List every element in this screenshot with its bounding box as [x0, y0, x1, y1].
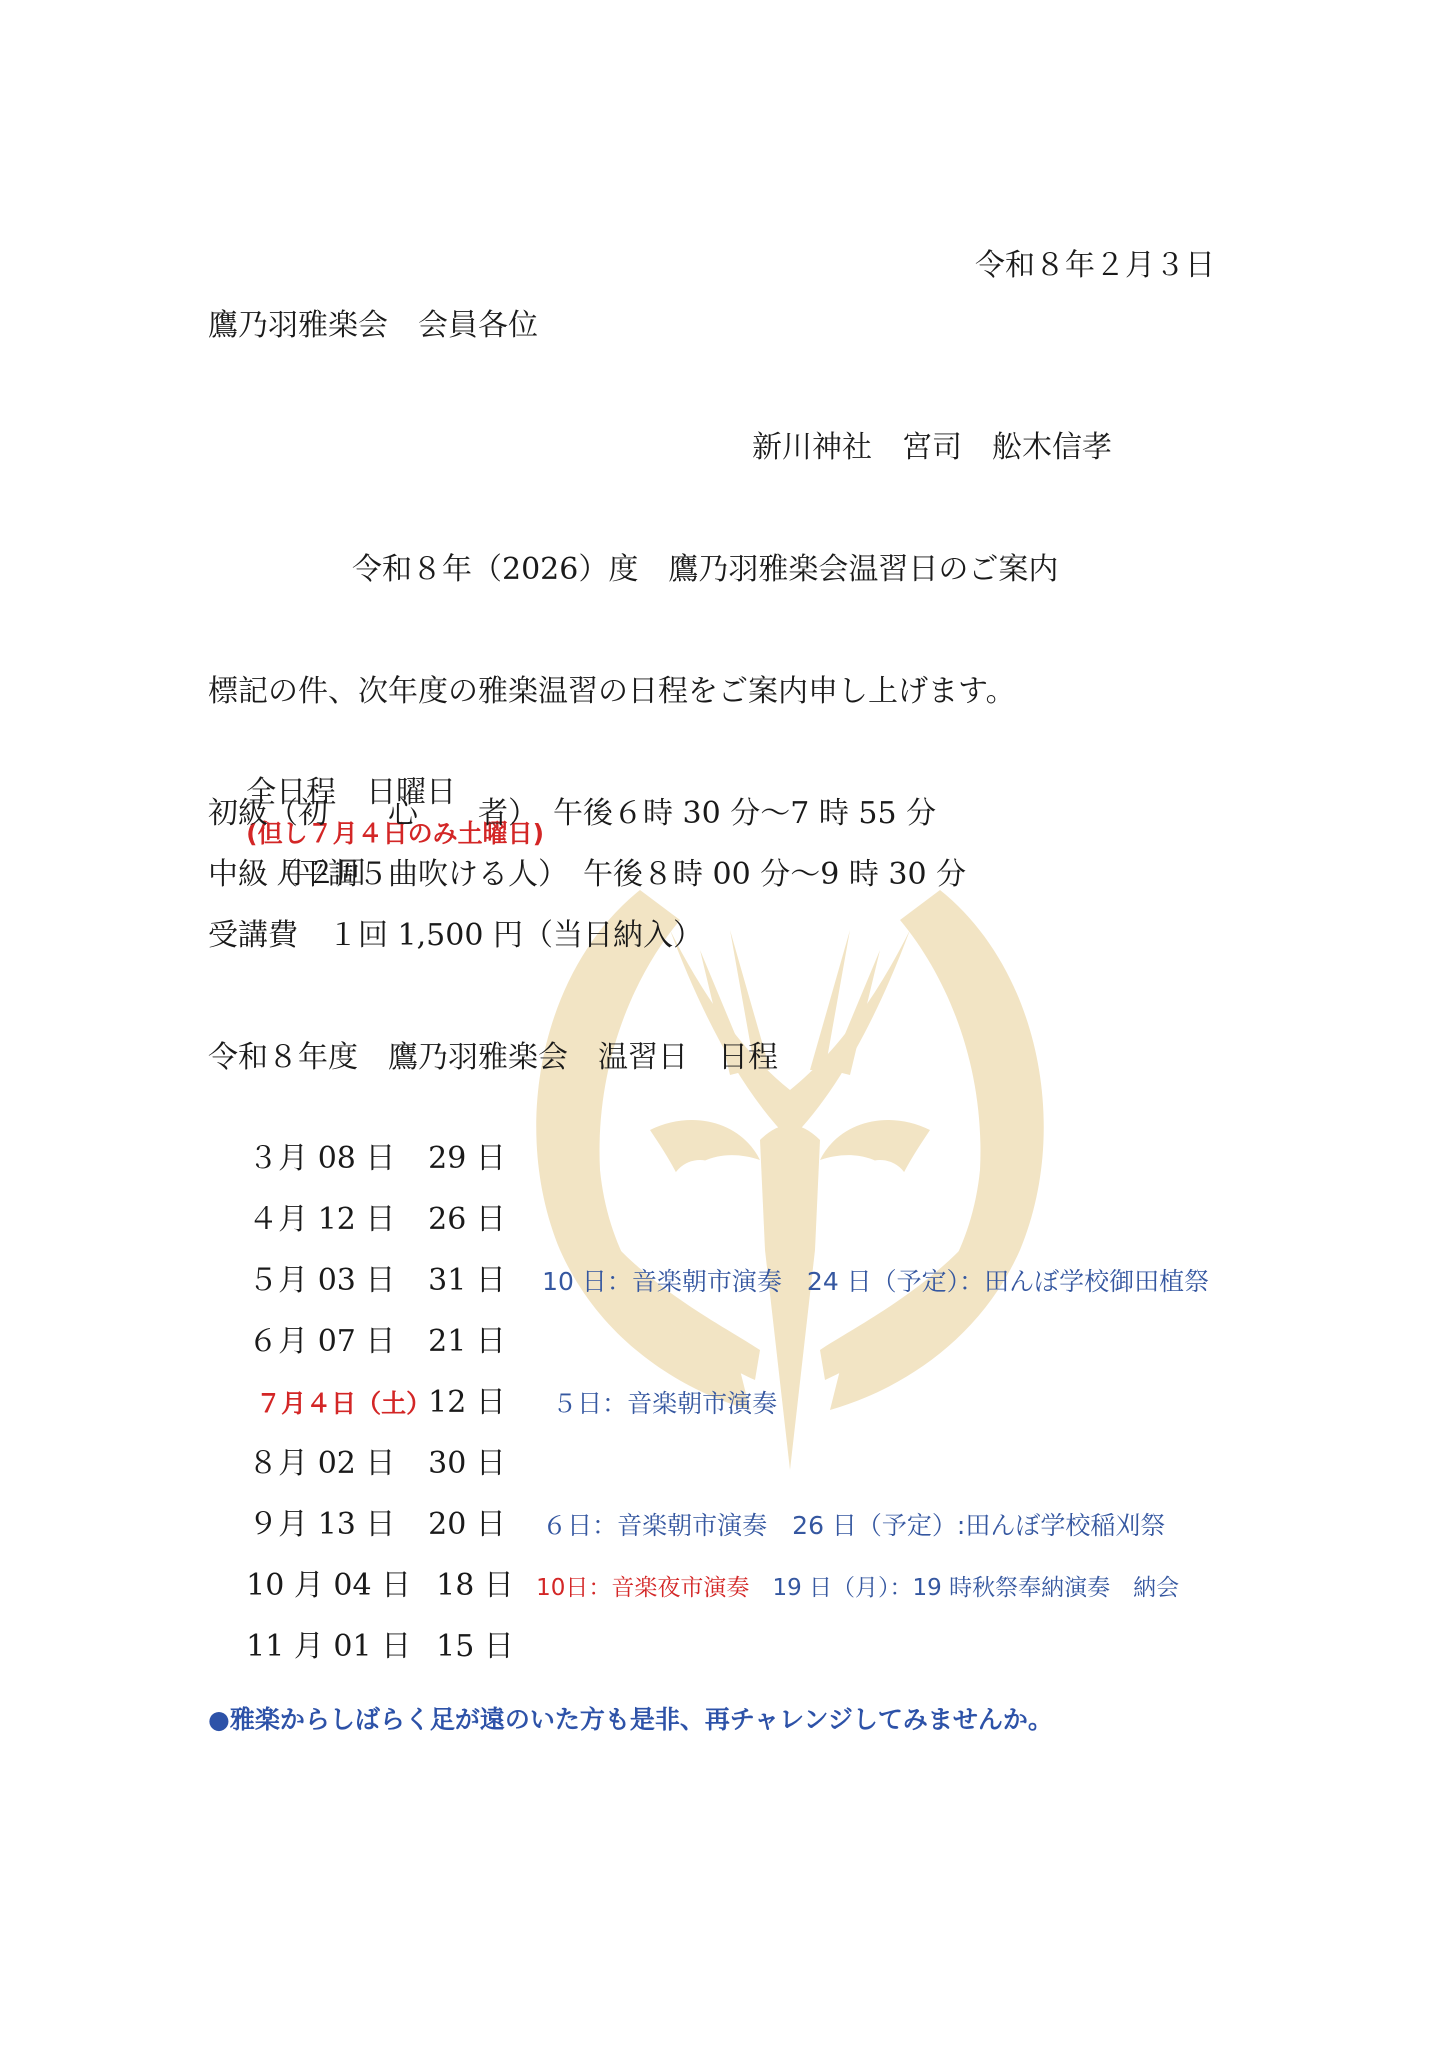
document-date: 令和８年２月３日	[975, 246, 1215, 286]
schedule-row: ５月 03 日31 日10 日：音楽朝市演奏 24 日（予定）：田んぼ学校御田植…	[210, 1221, 1209, 1261]
intro-text: 標記の件、次年度の雅楽温習の日程をご案内申し上げます。	[208, 672, 1016, 712]
schedule-row: ９月 13 日20 日６日：音楽朝市演奏 26 日（予定）:田んぼ学校稲刈祭	[210, 1465, 1165, 1505]
schedule-note: ５日：音楽朝市演奏	[552, 1384, 777, 1424]
document-title: 令和８年（2026）度 鷹乃羽雅楽会温習日のご案内	[352, 550, 1058, 590]
schedule-row: ４月 12 日26 日	[210, 1160, 528, 1200]
schedule-row: ３月 08 日29 日	[210, 1099, 528, 1139]
addressee: 鷹乃羽雅楽会 会員各位	[208, 306, 538, 346]
intermediate-class: 中級（平調５曲吹ける人） 午後８時 00 分〜9 時 30 分	[208, 855, 966, 895]
schedule-note: 19 日（月）：19 時秋祭奉納演奏 納会	[749, 1575, 1179, 1601]
schedule-row: ６月 07 日21 日	[210, 1282, 528, 1322]
schedule-note: 10 日：音楽朝市演奏 24 日（予定）：田んぼ学校御田植祭	[542, 1262, 1209, 1302]
schedule-note-red: 10日：音楽夜市演奏	[536, 1568, 749, 1608]
schedule-heading: 令和８年度 鷹乃羽雅楽会 温習日 日程	[208, 1038, 778, 1078]
schedule-row: 11 月 01 日15 日	[208, 1587, 526, 1627]
schedule-row: ７月４日（土）12 日５日：音楽朝市演奏	[218, 1343, 777, 1383]
footer-note: ●雅楽からしばらく足が遠のいた方も是非、再チャレンジしてみませんか。	[208, 1700, 1053, 1740]
document-page: 令和８年２月３日 鷹乃羽雅楽会 会員各位 新川神社 宮司 舩木信孝 令和８年（2…	[0, 0, 1448, 2048]
beginner-class: 初級（初 心 者） 午後６時 30 分〜7 時 55 分	[208, 794, 936, 834]
schedule-row: ８月 02 日30 日	[210, 1404, 528, 1444]
sender: 新川神社 宮司 舩木信孝	[752, 428, 1112, 468]
schedule-row: 10 月 04 日18 日10日：音楽夜市演奏 19 日（月）：19 時秋祭奉納…	[208, 1526, 1179, 1566]
fee: 受講費 １回 1,500 円（当日納入）	[208, 916, 703, 956]
